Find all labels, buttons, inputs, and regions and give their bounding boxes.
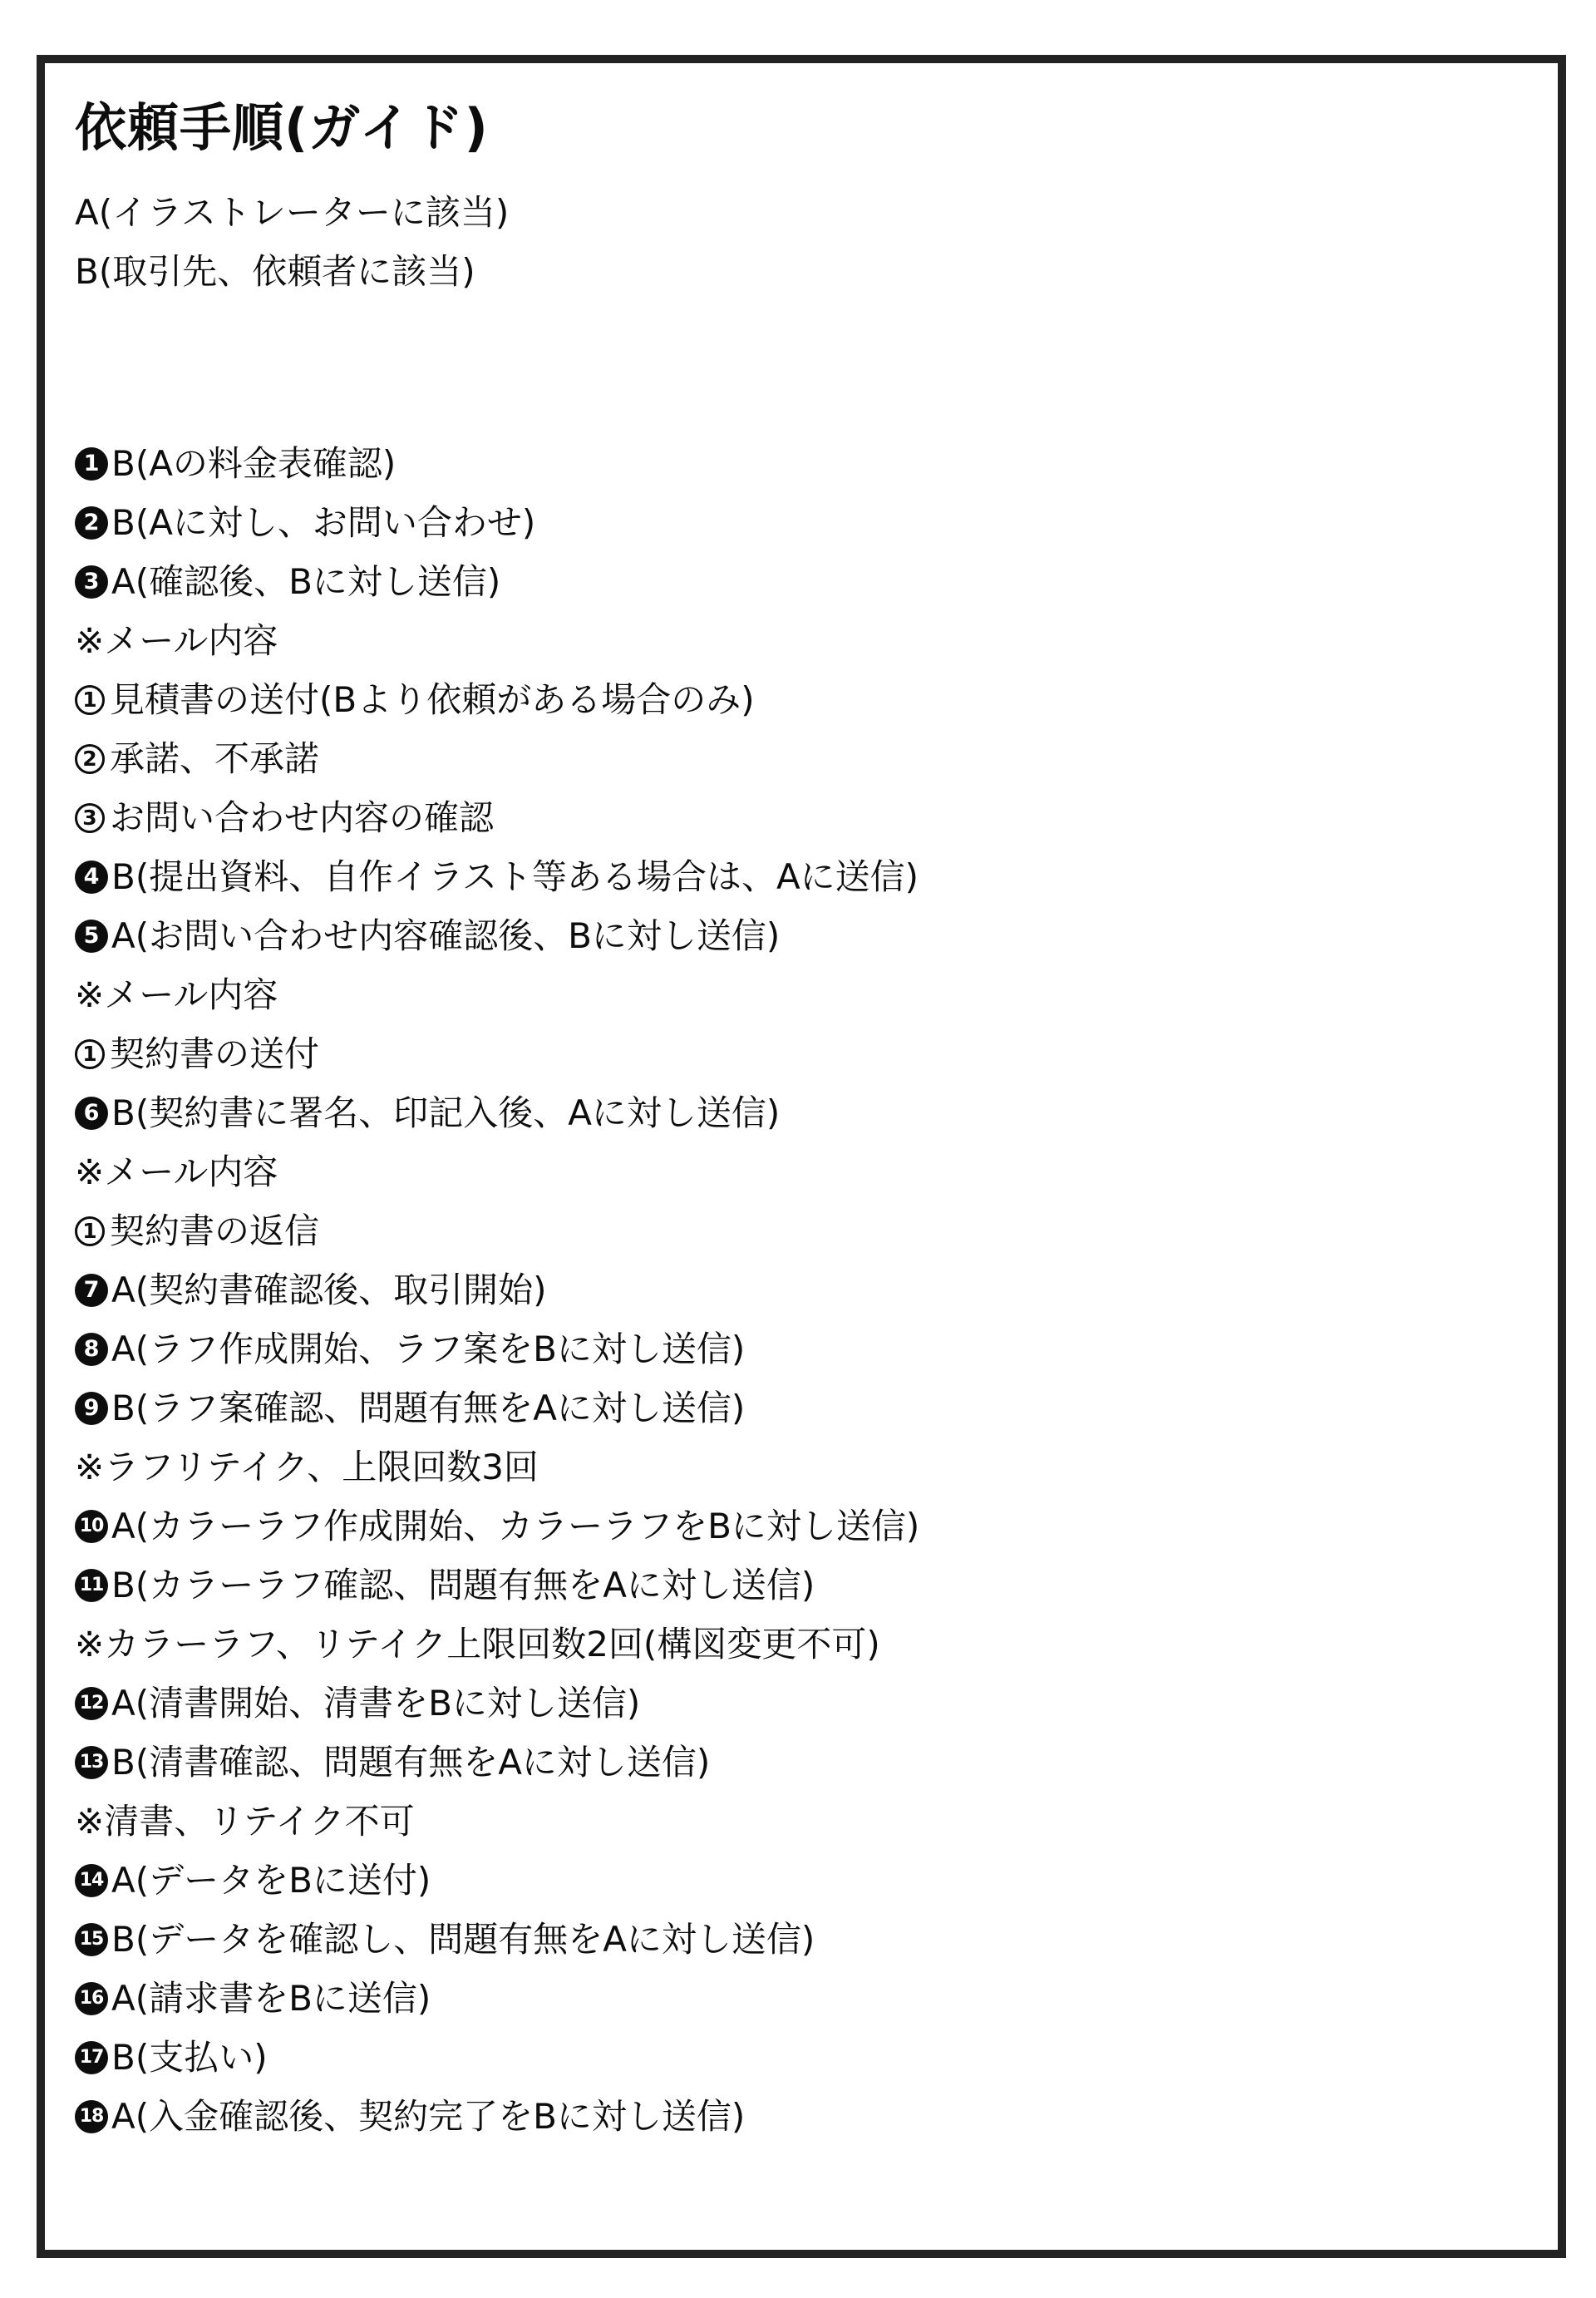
procedure-line: 12A(清書開始、清書をBに対し送信) [75, 1674, 1525, 1733]
line-text: A(入金確認後、契約完了をBに対し送信) [111, 2087, 745, 2146]
step-number-filled-circle-icon: 11 [75, 1569, 108, 1602]
step-number-filled-circle-icon: 1 [75, 447, 108, 481]
procedure-line: 1契約書の送付 [75, 1024, 1525, 1083]
line-text: ※メール内容 [75, 1142, 278, 1201]
procedure-line: ※カラーラフ、リテイク上限回数2回(構図変更不可) [75, 1615, 1525, 1674]
legend-line: A(イラストレーターに該当) [75, 183, 1525, 242]
procedure-line: 10A(カラーラフ作成開始、カラーラフをBに対し送信) [75, 1497, 1525, 1556]
line-text: B(提出資料、自作イラスト等ある場合は、Aに送信) [111, 847, 919, 906]
procedure-line: 18A(入金確認後、契約完了をBに対し送信) [75, 2087, 1525, 2146]
procedure-line: 17B(支払い) [75, 2028, 1525, 2087]
step-number-filled-circle-icon: 18 [75, 2100, 108, 2133]
role-legend: A(イラストレーターに該当)B(取引先、依頼者に該当) [75, 183, 1525, 301]
document-border-frame: 依頼手順(ガイド) A(イラストレーターに該当)B(取引先、依頼者に該当) 1B… [37, 55, 1566, 2258]
line-text: ※清書、リテイク不可 [75, 1792, 415, 1851]
step-number-filled-circle-icon: 17 [75, 2041, 108, 2074]
step-number-filled-circle-icon: 13 [75, 1746, 108, 1779]
procedure-line: 1契約書の返信 [75, 1201, 1525, 1260]
line-text: A(お問い合わせ内容確認後、Bに対し送信) [111, 906, 780, 965]
line-text: ※ラフリテイク、上限回数3回 [75, 1437, 539, 1497]
line-text: A(請求書をBに送信) [111, 1969, 431, 2028]
sub-item-number-outline-circle-icon: 1 [75, 685, 105, 715]
procedure-line: 3お問い合わせ内容の確認 [75, 788, 1525, 847]
step-number-filled-circle-icon: 3 [75, 565, 108, 599]
step-number-filled-circle-icon: 7 [75, 1274, 108, 1307]
sub-item-number-outline-circle-icon: 2 [75, 744, 105, 774]
line-text: B(データを確認し、問題有無をAに対し送信) [111, 1910, 815, 1969]
document-page: 依頼手順(ガイド) A(イラストレーターに該当)B(取引先、依頼者に該当) 1B… [0, 0, 1596, 2298]
line-text: A(確認後、Bに対し送信) [111, 552, 500, 611]
step-number-filled-circle-icon: 6 [75, 1097, 108, 1130]
line-text: 契約書の送付 [110, 1024, 319, 1083]
step-number-filled-circle-icon: 12 [75, 1687, 108, 1720]
procedure-line: 5A(お問い合わせ内容確認後、Bに対し送信) [75, 906, 1525, 965]
step-number-filled-circle-icon: 16 [75, 1982, 108, 2015]
line-text: A(データをBに送付) [111, 1851, 431, 1910]
step-number-filled-circle-icon: 4 [75, 861, 108, 894]
line-text: A(イラストレーターに該当) [75, 183, 509, 242]
procedure-line: 8A(ラフ作成開始、ラフ案をBに対し送信) [75, 1319, 1525, 1378]
step-number-filled-circle-icon: 5 [75, 920, 108, 953]
procedure-line: ※メール内容 [75, 1142, 1525, 1201]
procedure-line: 1見積書の送付(Bより依頼がある場合のみ) [75, 670, 1525, 729]
procedure-line: 2承諾、不承諾 [75, 729, 1525, 788]
step-number-filled-circle-icon: 10 [75, 1510, 108, 1543]
document-content: 依頼手順(ガイド) A(イラストレーターに該当)B(取引先、依頼者に該当) 1B… [45, 63, 1558, 2146]
sub-item-number-outline-circle-icon: 1 [75, 1039, 105, 1069]
procedure-line: 11B(カラーラフ確認、問題有無をAに対し送信) [75, 1556, 1525, 1615]
line-text: B(カラーラフ確認、問題有無をAに対し送信) [111, 1556, 815, 1615]
line-text: B(清書確認、問題有無をAに対し送信) [111, 1733, 710, 1792]
procedure-step-list: 1B(Aの料金表確認)2B(Aに対し、お問い合わせ)3A(確認後、Bに対し送信)… [75, 434, 1525, 2146]
procedure-line: 4B(提出資料、自作イラスト等ある場合は、Aに送信) [75, 847, 1525, 906]
procedure-line: ※メール内容 [75, 611, 1525, 670]
procedure-line: 9B(ラフ案確認、問題有無をAに対し送信) [75, 1378, 1525, 1437]
step-number-filled-circle-icon: 8 [75, 1333, 108, 1366]
line-text: A(清書開始、清書をBに対し送信) [111, 1674, 640, 1733]
procedure-line: 6B(契約書に署名、印記入後、Aに対し送信) [75, 1083, 1525, 1142]
sub-item-number-outline-circle-icon: 3 [75, 803, 105, 833]
step-number-filled-circle-icon: 9 [75, 1392, 108, 1425]
procedure-line: 3A(確認後、Bに対し送信) [75, 552, 1525, 611]
procedure-line: ※ラフリテイク、上限回数3回 [75, 1437, 1525, 1497]
line-text: B(Aの料金表確認) [111, 434, 396, 493]
step-number-filled-circle-icon: 14 [75, 1864, 108, 1897]
line-text: 承諾、不承諾 [110, 729, 319, 788]
line-text: B(Aに対し、お問い合わせ) [111, 493, 535, 552]
page-title: 依頼手順(ガイド) [75, 95, 1525, 161]
line-text: B(支払い) [111, 2028, 268, 2087]
sub-item-number-outline-circle-icon: 1 [75, 1216, 105, 1246]
line-text: A(ラフ作成開始、ラフ案をBに対し送信) [111, 1319, 745, 1378]
line-text: お問い合わせ内容の確認 [110, 788, 494, 847]
procedure-line: 7A(契約書確認後、取引開始) [75, 1260, 1525, 1319]
line-text: ※カラーラフ、リテイク上限回数2回(構図変更不可) [75, 1615, 880, 1674]
legend-line: B(取引先、依頼者に該当) [75, 242, 1525, 301]
procedure-line: 15B(データを確認し、問題有無をAに対し送信) [75, 1910, 1525, 1969]
line-text: ※メール内容 [75, 611, 278, 670]
line-text: 契約書の返信 [110, 1201, 319, 1260]
procedure-line: ※メール内容 [75, 965, 1525, 1024]
line-text: B(取引先、依頼者に該当) [75, 242, 475, 301]
procedure-line: 14A(データをBに送付) [75, 1851, 1525, 1910]
procedure-line: 2B(Aに対し、お問い合わせ) [75, 493, 1525, 552]
procedure-line: 1B(Aの料金表確認) [75, 434, 1525, 493]
line-text: B(ラフ案確認、問題有無をAに対し送信) [111, 1378, 745, 1437]
line-text: A(カラーラフ作成開始、カラーラフをBに対し送信) [111, 1497, 919, 1556]
line-text: A(契約書確認後、取引開始) [111, 1260, 547, 1319]
step-number-filled-circle-icon: 15 [75, 1923, 108, 1956]
step-number-filled-circle-icon: 2 [75, 506, 108, 540]
procedure-line: 16A(請求書をBに送信) [75, 1969, 1525, 2028]
procedure-line: 13B(清書確認、問題有無をAに対し送信) [75, 1733, 1525, 1792]
line-text: B(契約書に署名、印記入後、Aに対し送信) [111, 1083, 780, 1142]
line-text: 見積書の送付(Bより依頼がある場合のみ) [110, 670, 755, 729]
procedure-line: ※清書、リテイク不可 [75, 1792, 1525, 1851]
line-text: ※メール内容 [75, 965, 278, 1024]
